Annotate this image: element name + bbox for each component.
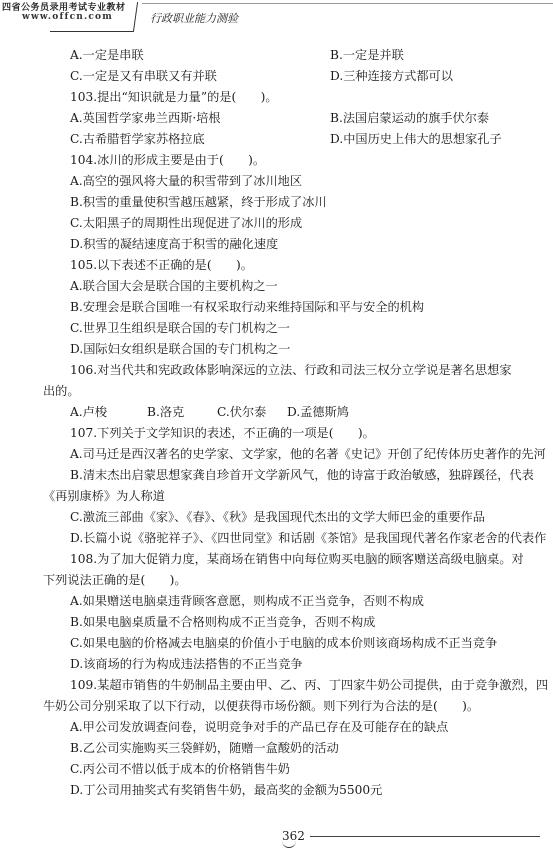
text-line: 103.提出“知识就是力量”的是( )。 <box>70 90 278 104</box>
text-line: A.甲公司发放调查问卷，说明竞争对手的产品已存在及可能存在的缺点 <box>70 720 448 734</box>
text-line: D.丁公司用抽奖式有奖销售牛奶，最高奖的金额为5500元 <box>70 783 382 797</box>
text-line: C.太阳黑子的周期性出现促进了冰川的形成 <box>70 216 302 230</box>
text-line: D.国际妇女组织是联合国的专门机构之一 <box>70 342 290 356</box>
text-line: 出的。 <box>43 384 80 398</box>
text-line: D.该商场的行为构成违法搭售的不正当竞争 <box>70 657 303 671</box>
text-line: B.法国启蒙运动的旗手伏尔泰 <box>330 111 489 125</box>
text-line: C.一定是又有串联又有并联 <box>70 69 217 83</box>
text-line: A.英国哲学家弗兰西斯·培根 <box>70 111 221 125</box>
text-line: A.一定是串联 <box>70 48 144 62</box>
header-rule <box>142 3 553 4</box>
logo-divider <box>133 2 138 32</box>
text-line: B.安理会是联合国唯一有权采取行动来维持国际和平与安全的机构 <box>70 300 424 314</box>
text-line: B.一定是并联 <box>330 48 404 62</box>
text-line: B.洛克 <box>147 405 184 419</box>
text-line: 104.冰川的形成主要是由于( )。 <box>70 153 265 167</box>
logo-underline <box>50 31 133 32</box>
text-line: C.丙公司不惜以低于成本的价格销售牛奶 <box>70 762 290 776</box>
text-line: B.清末杰出启蒙思想家龚自珍首开文学新风气，他的诗富于政治敏感，独辟蹊径，代表 <box>70 468 534 482</box>
text-line: 《再别康桥》为人称道 <box>43 489 165 503</box>
text-line: 109.某超市销售的牛奶制品主要由甲、乙、丙、丁四家牛奶公司提供，由于竞争激烈，… <box>70 678 548 692</box>
text-line: 牛奶公司分别采取了以下行动，以便获得市场份额。则下列行为合法的是( )。 <box>43 699 479 713</box>
text-line: A.联合国大会是联合国的主要机构之一 <box>70 279 278 293</box>
text-line: 106.对当代共和宪政政体影响深远的立法、行政和司法三权分立学说是著名思想家 <box>70 363 512 377</box>
text-line: D.长篇小说《骆驼祥子》、《四世同堂》和话剧《茶馆》是我国现代著名作家老舍的代表… <box>70 531 546 545</box>
text-line: D.三种连接方式都可以 <box>330 69 453 83</box>
text-line: B.积雪的重量使积雪越压越紧，终于形成了冰川 <box>70 195 327 209</box>
text-line: C.激流三部曲《家》、《春》、《秋》是我国现代杰出的文学大师巴金的重要作品 <box>70 510 485 524</box>
text-line: B.如果电脑桌质量不合格则构成不正当竞争，否则不构成 <box>70 615 375 629</box>
text-line: A.如果赠送电脑桌违背顾客意愿，则构成不正当竞争，否则不构成 <box>70 594 424 608</box>
text-line: A.高空的强风将大量的积雪带到了冰川地区 <box>70 174 302 188</box>
page-number-ornament <box>282 840 296 848</box>
text-line: A.司马迁是西汉著名的史学家、文学家，他的名著《史记》开创了纪传体历史著作的先河 <box>70 447 546 461</box>
text-line: A.卢梭 <box>70 405 107 419</box>
text-line: D.积雪的凝结速度高于积雪的融化速度 <box>70 237 278 251</box>
text-line: C.世界卫生组织是联合国的专门机构之一 <box>70 321 290 335</box>
text-line: 105.以下表述不正确的是( )。 <box>70 258 253 272</box>
section-title: 行政职业能力测验 <box>150 10 238 26</box>
page-header: 四省公务员录用考试专业教材 www.offcn.com 行政职业能力测验 <box>0 0 553 40</box>
text-line: 下列说法正确的是( )。 <box>43 573 187 587</box>
text-line: 108.为了加大促销力度，某商场在销售中向每位购买电脑的顾客赠送高级电脑桌。对 <box>70 552 524 566</box>
text-line: C.如果电脑的价格减去电脑桌的价值小于电脑的成本价则该商场构成不正当竞争 <box>70 636 497 650</box>
publisher-url: www.offcn.com <box>22 12 113 22</box>
text-line: B.乙公司实施购买三袋鲜奶，随赠一盒酸奶的活动 <box>70 741 339 755</box>
text-line: D.中国历史上伟大的思想家孔子 <box>330 132 502 146</box>
text-line: C.伏尔泰 <box>217 405 266 419</box>
text-line: D.孟德斯鸠 <box>287 405 349 419</box>
text-line: C.古希腊哲学家苏格拉底 <box>70 132 205 146</box>
text-line: 107.下列关于文学知识的表述，不正确的一项是( )。 <box>70 426 375 440</box>
footer-rule <box>310 836 540 837</box>
